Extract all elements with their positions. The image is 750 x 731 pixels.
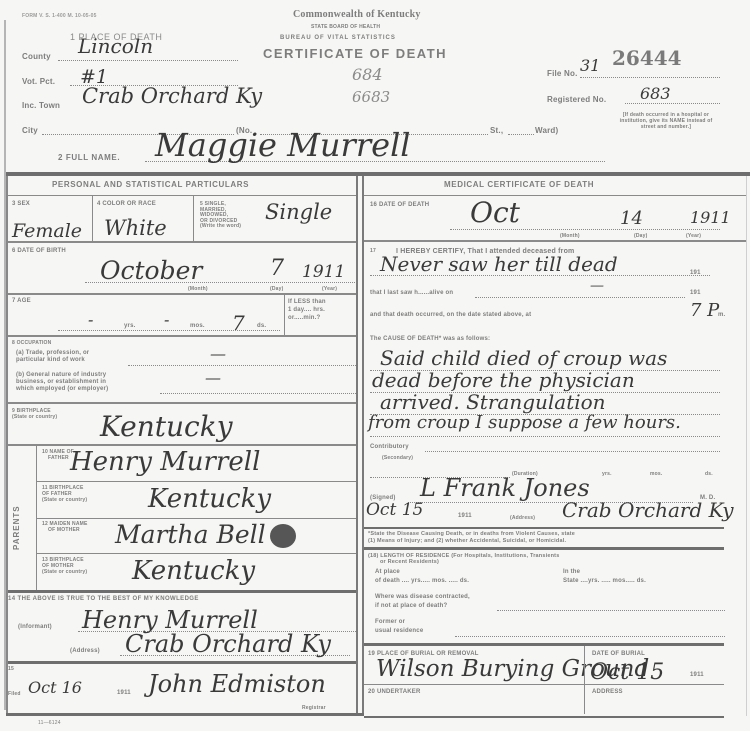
last-saw-value: — [590, 278, 604, 294]
occupation-b-line: which employed (or employer) [16, 386, 108, 393]
right-edge [746, 176, 747, 716]
bottom-rule [364, 716, 724, 718]
marital-value: Single [265, 200, 332, 224]
age-yrs: - [88, 310, 93, 329]
footnote-line: *State the Disease Causing Death, or in … [368, 531, 575, 538]
row-rule [8, 241, 356, 243]
row-rule [37, 518, 356, 519]
footnote-line: (1) Means of Injury; and (2) whether Acc… [368, 538, 575, 545]
dob-month: October [100, 256, 202, 285]
parents-col-rule [36, 446, 37, 592]
row-rule [37, 553, 356, 554]
occupation-a-value: — [210, 344, 226, 363]
full-name-value: Maggie Murrell [155, 126, 411, 164]
occurred-suffix: m. [718, 312, 725, 318]
dod-day: 14 [620, 208, 643, 229]
commonwealth-title: Commonwealth of Kentucky [293, 9, 421, 20]
parents-side-label: PARENTS [12, 505, 21, 550]
day-caption: (Day) [270, 286, 284, 292]
where-contracted-line: if not at place of death? [375, 602, 470, 611]
footnote: *State the Disease Causing Death, or in … [368, 531, 575, 545]
duration-ds: ds. [705, 471, 713, 477]
mother-birthplace-label: 13 BIRTHPLACE OF MOTHER (State or countr… [42, 557, 87, 575]
filed-year: 1911 [117, 690, 131, 696]
sex-label: 3 SEX [12, 201, 30, 207]
label-line: OF MOTHER [42, 527, 88, 533]
board-title: STATE BOARD OF HEALTH [311, 24, 380, 30]
row-rule [364, 195, 746, 196]
inc-town-label: Inc. Town [22, 101, 60, 110]
contributory-line [425, 451, 720, 452]
occupation-a-line: (a) Trade, profession, or [16, 350, 89, 357]
informant-address-value: Crab Orchard Ky [125, 630, 331, 658]
burial-date-value: Oct 15 [590, 660, 664, 685]
undertaker-label: 20 UNDERTAKER [368, 689, 421, 695]
dob-year: 1911 [302, 262, 345, 282]
registered-no-value: 683 [640, 84, 671, 103]
occupation-b-line: business, or establishment in [16, 379, 108, 386]
ward-label: Ward) [535, 126, 558, 135]
cause-line-4: from croup I suppose a few hours. [368, 412, 681, 433]
former-residence-line [455, 636, 725, 637]
occupation-label: 8 OCCUPATION [12, 340, 51, 346]
dod-day-caption: (Day) [634, 233, 648, 239]
occurred-text: and that death occurred, on the date sta… [370, 312, 531, 318]
doctor-address-value: Crab Orchard Ky [562, 498, 734, 522]
sex-value: Female [12, 220, 82, 242]
death-certificate: FORM V. S. 1-400 M. 10-05-05 Commonwealt… [0, 0, 750, 731]
row-rule [8, 661, 356, 664]
registered-no-line [625, 103, 720, 104]
left-column-right-border [356, 176, 358, 714]
cause-line [370, 436, 720, 437]
where-contracted-label: Where was disease contracted, if not at … [375, 593, 470, 611]
row-rule [8, 195, 356, 196]
ink-blot [270, 524, 296, 548]
color-label: 4 COLOR OR RACE [97, 201, 156, 207]
year-caption: (Year) [322, 286, 337, 292]
in-state-line: State ....yrs. ..... mos..... ds. [563, 577, 646, 586]
marital-label-line: (Write the word) [200, 224, 241, 230]
burial-date-label: DATE OF BURIAL [592, 651, 645, 657]
informant-label: (Informant) [18, 624, 52, 630]
city-label: City [22, 126, 38, 135]
section-divider [6, 172, 750, 176]
month-caption: (Month) [188, 286, 208, 292]
in-state-label: In the State ....yrs. ..... mos..... ds. [563, 568, 646, 586]
mos-caption: mos. [190, 323, 205, 329]
vot-pct-label: Vot. Pct. [22, 77, 55, 86]
informant-address-label: (Address) [70, 648, 100, 654]
medical-section-title: MEDICAL CERTIFICATE OF DEATH [444, 180, 594, 189]
filing-number: 15 [8, 666, 14, 672]
age-line [58, 330, 280, 331]
occupation-b-line [160, 393, 356, 394]
occupation-b-line: (b) General nature of industry [16, 372, 108, 379]
row-rule [37, 481, 356, 482]
col-rule [284, 295, 285, 335]
form-number: 11—6124 [38, 720, 61, 726]
in-state-line: In the [563, 568, 646, 577]
contributory-label: Contributory [370, 444, 409, 450]
st-label: St., [490, 126, 503, 135]
bureau-title: BUREAU OF VITAL STATISTICS [280, 35, 396, 41]
residence-label: (18) LENGTH OF RESIDENCE (For Hospitals,… [368, 553, 559, 565]
occupation-b-value: — [205, 368, 221, 387]
less-than-day-note: If LESS than 1 day.... hrs. or.....min.? [288, 298, 326, 322]
row-rule [364, 643, 724, 646]
personal-section-title: PERSONAL AND STATISTICAL PARTICULARS [52, 180, 249, 189]
former-residence-line: usual residence [375, 627, 423, 636]
label-line: (State or country) [42, 569, 87, 575]
form-code: FORM V. S. 1-400 M. 10-05-05 [22, 13, 97, 19]
mother-name-value: Martha Bell [115, 520, 266, 549]
informant-statement: 14 THE ABOVE IS TRUE TO THE BEST OF MY K… [8, 596, 199, 602]
former-residence-label: Former or usual residence [375, 618, 423, 636]
inc-town-value: Crab Orchard Ky [82, 84, 262, 108]
yrs-caption: yrs. [124, 323, 135, 329]
dod-line [450, 229, 720, 230]
filed-label: Filed [8, 691, 21, 697]
dod-label: 16 DATE OF DEATH [370, 202, 429, 208]
where-contracted-line: Where was disease contracted, [375, 593, 470, 602]
birthplace-value: Kentucky [100, 410, 233, 443]
certificate-title: CERTIFICATE OF DEATH [263, 46, 447, 61]
dod-year-caption: (Year) [686, 233, 701, 239]
less-than-day-line: or.....min.? [288, 314, 326, 322]
age-ds: 7 [232, 311, 245, 335]
occurred-value: 7 P [690, 300, 719, 321]
cause-line-2: dead before the physician [372, 368, 635, 392]
secondary-label: (Secondary) [382, 455, 413, 461]
undertaker-address-label: ADDRESS [592, 689, 623, 695]
county-label: County [22, 52, 51, 61]
dod-year: 1911 [690, 208, 731, 227]
file-no-stamped: 26444 [612, 46, 682, 70]
where-contracted-line [497, 610, 725, 611]
margin-note-1: 684 [352, 65, 383, 84]
at-place-line: At place [375, 568, 469, 577]
father-birthplace-value: Kentucky [148, 484, 271, 514]
row-rule [8, 293, 356, 295]
ward-line [508, 134, 534, 135]
dod-month: Oct [470, 196, 520, 229]
last-saw-year-stub: 191 [690, 290, 701, 296]
row-rule [364, 547, 724, 550]
row-rule [364, 240, 746, 242]
burial-year-value: 1911 [690, 672, 704, 678]
last-saw-line [475, 297, 685, 298]
row-rule [8, 335, 356, 337]
col-rule [92, 196, 93, 241]
mother-birthplace-value: Kentucky [132, 556, 255, 586]
dob-label: 6 DATE OF BIRTH [12, 248, 66, 254]
less-than-day-line: If LESS than [288, 298, 326, 306]
hospital-note: [If death occurred in a hospital or inst… [616, 112, 716, 130]
label-line: (State or country) [42, 497, 87, 503]
registrar-label: Registrar [302, 705, 326, 711]
full-name-label: 2 FULL NAME. [58, 153, 120, 162]
occupation-a-label: (a) Trade, profession, or particular kin… [16, 350, 89, 364]
dod-month-caption: (Month) [560, 233, 580, 239]
less-than-day-line: 1 day.... hrs. [288, 306, 326, 314]
at-place-label: At place of death .... yrs..... mos. ...… [375, 568, 469, 586]
occupation-a-line [128, 365, 356, 366]
file-no-line [580, 77, 720, 78]
row-rule [8, 590, 356, 593]
duration-yrs: yrs. [602, 471, 612, 477]
occupation-a-line: particular kind of work [16, 357, 89, 364]
doctor-address-label: (Address) [510, 515, 535, 521]
birthplace-label-line: (State or country) [12, 414, 57, 420]
mother-name-label: 12 MAIDEN NAME OF MOTHER [42, 521, 88, 533]
file-no-handwritten: 31 [580, 56, 600, 75]
row-rule [8, 402, 356, 404]
bottom-rule [6, 713, 364, 716]
row-rule [364, 527, 724, 529]
col-rule [584, 646, 585, 714]
occupation-b-label: (b) General nature of industry business,… [16, 372, 108, 393]
father-name-value: Henry Murrell [70, 447, 260, 477]
col-rule [193, 196, 194, 241]
cause-label: The CAUSE OF DEATH* was as follows: [370, 336, 490, 342]
signed-year: 1911 [458, 513, 472, 519]
age-mos: - [164, 310, 169, 329]
cause-line-3: arrived. Strangulation [380, 390, 606, 414]
attended-year-stub: 191 [690, 270, 701, 276]
residence-label-line: or Recent Residents) [368, 559, 559, 565]
dob-day: 7 [270, 256, 284, 281]
age-label: 7 AGE [12, 298, 31, 304]
certify-number: 17 [370, 248, 376, 254]
father-birthplace-label: 11 BIRTHPLACE OF FATHER (State or countr… [42, 485, 87, 503]
duration-mos: mos. [650, 471, 662, 477]
right-column-left-border [362, 176, 364, 714]
birthplace-label: 9 BIRTHPLACE (State or country) [12, 408, 57, 420]
signed-date: Oct 15 [366, 500, 423, 520]
row-rule [364, 684, 724, 685]
attended-value: Never saw her till dead [380, 252, 618, 276]
filed-date: Oct 16 [28, 678, 82, 697]
at-place-line: of death .... yrs..... mos. ..... ds. [375, 577, 469, 586]
county-value: Lincoln [78, 34, 153, 58]
color-value: White [104, 216, 167, 240]
margin-note-2: 6683 [352, 88, 390, 106]
registrar-value: John Edmiston [148, 670, 326, 698]
registered-no-label: Registered No. [547, 95, 606, 104]
ds-caption: ds. [257, 323, 266, 329]
cause-line-1: Said child died of croup was [380, 346, 667, 370]
file-no-label: File No. [547, 69, 578, 78]
last-saw-text: that I last saw h......alive on [370, 290, 453, 296]
marital-label: 5 SINGLE, MARRIED, WIDOWED, OR DIVORCED … [200, 202, 241, 230]
county-line [58, 60, 238, 61]
row-rule [8, 444, 356, 446]
former-residence-line: Former or [375, 618, 423, 627]
